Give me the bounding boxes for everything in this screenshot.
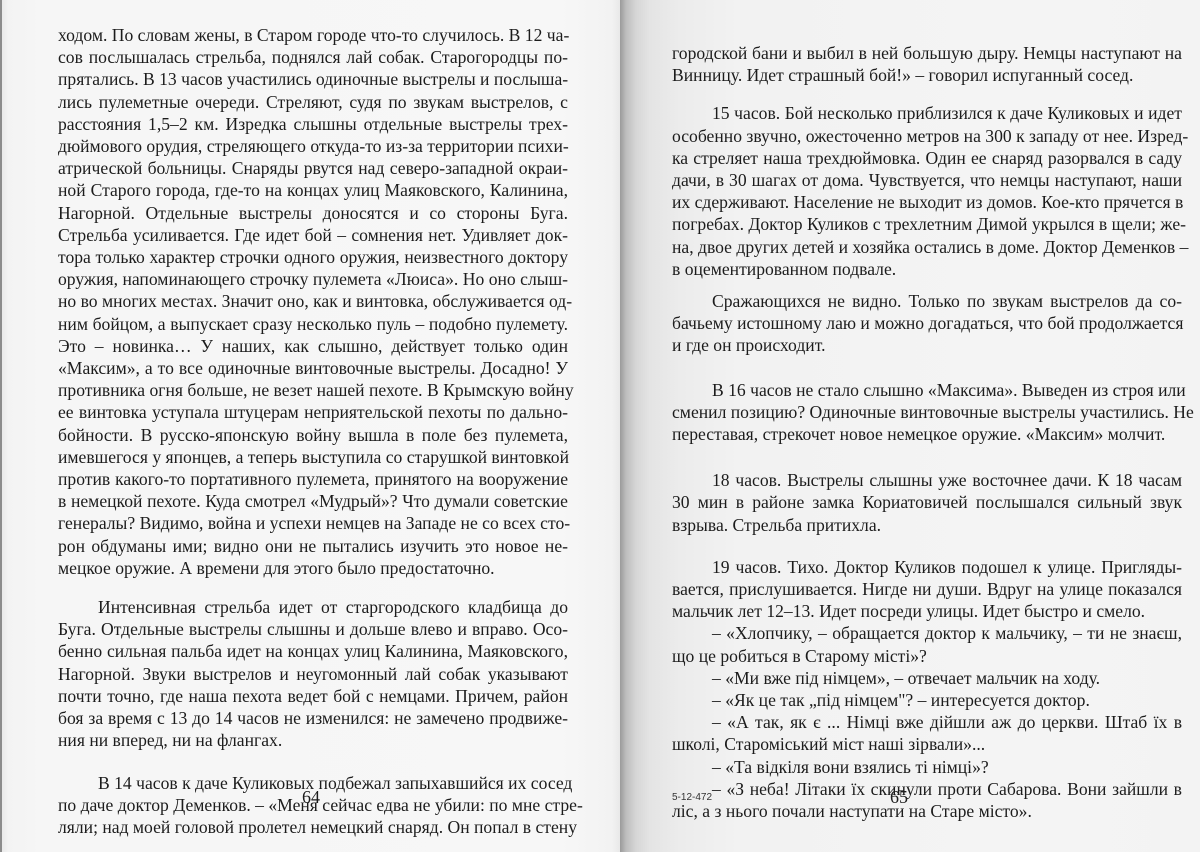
signature-mark: 5-12-472 — [672, 792, 712, 803]
text-line: школі, Староміський міст наші зірвали»..… — [672, 733, 1182, 755]
dialogue-line: – «Хлопчику, – обращается доктор к мальч… — [672, 622, 1182, 666]
text-line: Буга. Отдельные выстрелы слышны и дольше… — [58, 618, 568, 640]
text-line: – «Як це так „під німцем"? – интересуетс… — [672, 689, 1182, 711]
text-line: Винницу. Идет страшный бой!» – говорил и… — [672, 64, 1182, 86]
right-page-body: городской бани и выбил в ней большую дыр… — [672, 42, 1182, 822]
text-line: лись пулеметные очереди. Стреляют, судя … — [58, 91, 568, 113]
book-spread: ходом. По словам жены, в Старом городе ч… — [0, 0, 1200, 852]
text-line: их сдерживают. Население не выходит из д… — [672, 191, 1182, 213]
text-line: 19 часов. Тихо. Доктор Куликов подошел к… — [672, 556, 1182, 578]
paragraph: 19 часов. Тихо. Доктор Куликов подошел к… — [672, 556, 1182, 623]
text-line: мальчик лет 12–13. Идет посреди улицы. И… — [672, 600, 1182, 622]
text-line: Это – новинка… У наших, как слышно, дейс… — [58, 335, 568, 357]
text-line: боя за время с 13 до 14 часов не изменил… — [58, 707, 568, 729]
text-line: взрыва. Стрельба притихла. — [672, 514, 1182, 536]
text-line: ним бойцом, а выпускает сразу несколько … — [58, 313, 568, 335]
text-line: Нагорной. Звуки выстрелов и неугомонный … — [58, 663, 568, 685]
text-line: сменил позицию? Одиночные винтовочные вы… — [672, 401, 1182, 423]
text-line: – «З неба! Літаки їх скинули проти Сабар… — [672, 778, 1182, 800]
text-line: В 16 часов не стало слышно «Максима». Вы… — [672, 379, 1182, 401]
dialogue-line: – «Ми вже під німцем», – отвечает мальчи… — [672, 667, 1182, 689]
text-line: що це робиться в Старому місті»? — [672, 645, 1182, 667]
text-line: 30 мин в районе замка Кориатовичей послы… — [672, 491, 1182, 513]
text-line: против какого-то портативного пулемета, … — [58, 468, 568, 490]
text-line: ходом. По словам жены, в Старом городе ч… — [58, 24, 568, 46]
text-line: – «Ми вже під німцем», – отвечает мальчи… — [672, 667, 1182, 689]
paragraph: В 16 часов не стало слышно «Максима». Вы… — [672, 379, 1182, 446]
text-line: но во многих местах. Значит оно, как и в… — [58, 290, 568, 312]
text-line: Сражающихся не видно. Только по звукам в… — [672, 290, 1182, 312]
text-line: ляли; над моей головой пролетел немецкий… — [58, 816, 568, 838]
paragraph: ходом. По словам жены, в Старом городе ч… — [58, 24, 568, 579]
text-line: оружия, напоминающего строчку пулемета «… — [58, 268, 568, 290]
text-line: Нагорной. Отдельные выстрелы доносятся и… — [58, 202, 568, 224]
text-line: ния ни вперед, ни на флангах. — [58, 729, 568, 751]
text-line: в немецкой пехоте. Куда смотрел «Мудрый»… — [58, 490, 568, 512]
text-line: рон обдуманы ими; видно они не пытались … — [58, 535, 568, 557]
dialogue-line: – «Як це так „під німцем"? – интересуетс… — [672, 689, 1182, 711]
text-line: противника огня больше, не везет нашей п… — [58, 379, 568, 401]
text-line: – «А так, як є ... Німці вже дійшли аж д… — [672, 711, 1182, 733]
paragraph: 18 часов. Выстрелы слышны уже восточнее … — [672, 469, 1182, 536]
dialogue-line: – «З неба! Літаки їх скинули проти Сабар… — [672, 778, 1182, 822]
left-page: ходом. По словам жены, в Старом городе ч… — [0, 0, 620, 852]
paragraph: Сражающихся не видно. Только по звукам в… — [672, 290, 1182, 357]
text-line: переставая, стрекочет новое немецкое ору… — [672, 423, 1182, 445]
text-line: ее винтовка уступала штуцерам неприятель… — [58, 401, 568, 423]
text-line: городской бани и выбил в ней большую дыр… — [672, 42, 1182, 64]
text-line: тора только характер строчки одного оруж… — [58, 246, 568, 268]
page-number: 65 — [890, 787, 908, 808]
page-number: 64 — [302, 787, 320, 808]
text-line: ліс, а з нього почали наступати на Старе… — [672, 800, 1182, 822]
text-line: «Максим», а то все одиночные винтовочные… — [58, 357, 568, 379]
right-page: городской бани и выбил в ней большую дыр… — [620, 0, 1200, 852]
dialogue-line: – «А так, як є ... Німці вже дійшли аж д… — [672, 711, 1182, 755]
text-line: 18 часов. Выстрелы слышны уже восточнее … — [672, 469, 1182, 491]
text-line: на, двое других детей и хозяйка остались… — [672, 236, 1182, 258]
dialogue-line: – «Та відкіля вони взялись ті німці»? — [672, 756, 1182, 778]
text-line: почти точно, где наша пехота ведет бой с… — [58, 685, 568, 707]
text-line: дачи, в 30 шагах от дома. Чувствуется, ч… — [672, 169, 1182, 191]
text-line: Интенсивная стрельба идет от старгородск… — [58, 596, 568, 618]
text-line: ка стреляет наша трехдюймовка. Один ее с… — [672, 147, 1182, 169]
text-line: ной Старого города, где-то на концах ули… — [58, 179, 568, 201]
text-line: Стрельба усиливается. Где идет бой – сом… — [58, 224, 568, 246]
text-line: – «Та відкіля вони взялись ті німці»? — [672, 756, 1182, 778]
text-line: имевшегося у японцев, а теперь выступила… — [58, 446, 568, 468]
text-line: бенно сильная пальба идет на концах улиц… — [58, 640, 568, 662]
text-line: – «Хлопчику, – обращается доктор к мальч… — [672, 622, 1182, 644]
left-page-body: ходом. По словам жены, в Старом городе ч… — [58, 24, 568, 838]
text-line: расстояния 1,5–2 км. Изредка слышны отде… — [58, 113, 568, 135]
text-line: вается, прислушивается. Нигде ни души. В… — [672, 578, 1182, 600]
text-line: прятались. В 13 часов участились одиночн… — [58, 68, 568, 90]
text-line: особенно звучно, ожесточенно метров на 3… — [672, 125, 1182, 147]
text-line: и где он происходит. — [672, 334, 1182, 356]
text-line: генералы? Видимо, война и успехи немцев … — [58, 512, 568, 534]
text-line: 15 часов. Бой несколько приблизился к да… — [672, 102, 1182, 124]
text-line: бойности. В русско-японскую войну вышла … — [58, 424, 568, 446]
paragraph: Интенсивная стрельба идет от старгородск… — [58, 596, 568, 751]
paragraph: городской бани и выбил в ней большую дыр… — [672, 42, 1182, 86]
text-line: атрической больницы. Снаряды рвутся над … — [58, 157, 568, 179]
text-line: дюймового орудия, стреляющего откуда-то … — [58, 135, 568, 157]
text-line: погребах. Доктор Куликов с трехлетним Ди… — [672, 213, 1182, 235]
text-line: сов послышалась стрельба, поднялся лай с… — [58, 46, 568, 68]
text-line: мецкое оружие. А времени для этого было … — [58, 557, 568, 579]
paragraph: 15 часов. Бой несколько приблизился к да… — [672, 102, 1182, 280]
text-line: бачьему истошному лаю и можно догадаться… — [672, 312, 1182, 334]
text-line: в оцементированном подвале. — [672, 258, 1182, 280]
